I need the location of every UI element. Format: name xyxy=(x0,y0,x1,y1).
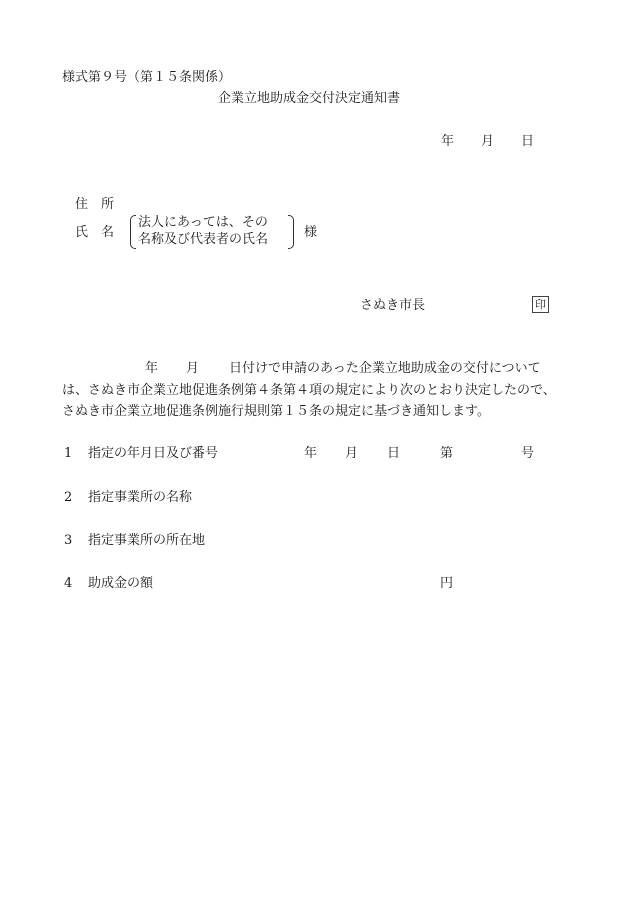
form-number: 様式第９号（第１５条関係） xyxy=(62,71,231,84)
body-line3: さぬき市企業立地促進条例施行規則第１５条の規定に基づき通知します。 xyxy=(62,405,490,418)
item-unit: 円 xyxy=(440,577,453,590)
item-label: 指定事業所の所在地 xyxy=(88,534,205,547)
body-line1-text: 日付けで申請のあった企業立地助成金の交付について xyxy=(229,362,541,375)
item-number: 4 xyxy=(64,577,72,590)
corporate-note-bracket: 法人にあっては、その 名称及び代表者の氏名 xyxy=(130,214,290,250)
item-label: 指定の年月日及び番号 xyxy=(88,447,218,460)
item-number: 2 xyxy=(64,491,72,504)
item-number: 3 xyxy=(64,534,72,547)
item-number-prefix: 第 xyxy=(440,447,453,460)
item-month-label: 月 xyxy=(345,447,358,460)
honorific: 様 xyxy=(304,226,317,239)
name-label: 氏 名 xyxy=(75,226,114,239)
body-month-label: 月 xyxy=(186,362,199,375)
item-label: 指定事業所の名称 xyxy=(88,491,192,504)
date-month-label: 月 xyxy=(481,135,494,148)
date-year-label: 年 xyxy=(441,135,454,148)
item-day-label: 日 xyxy=(387,447,400,460)
body-line2: は、さぬき市企業立地促進条例第４条第４項の規定により次のとおり決定したので、 xyxy=(62,384,556,397)
issuer-name: さぬき市長 xyxy=(360,299,425,312)
document-title: 企業立地助成金交付決定通知書 xyxy=(218,92,400,105)
bracket-note-line2: 名称及び代表者の氏名 xyxy=(138,231,290,248)
item-number: 1 xyxy=(64,447,72,460)
body-year-label: 年 xyxy=(145,362,158,375)
address-label: 住 所 xyxy=(75,198,114,211)
item-label: 助成金の額 xyxy=(88,577,153,590)
item-year-label: 年 xyxy=(304,447,317,460)
bracket-note-line1: 法人にあっては、その xyxy=(138,214,290,231)
item-number-suffix: 号 xyxy=(521,447,534,460)
date-day-label: 日 xyxy=(521,135,534,148)
seal-icon: 印 xyxy=(532,296,549,313)
